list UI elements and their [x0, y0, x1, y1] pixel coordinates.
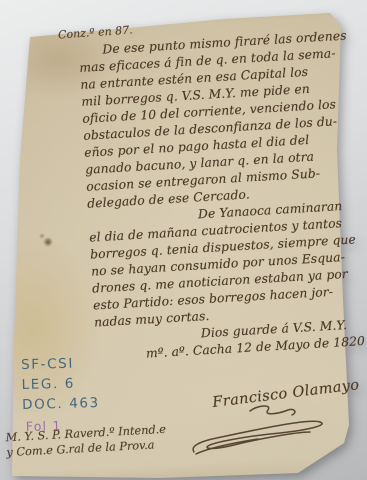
letter-body: De ese punto mismo firaré las ordenes ma… [78, 28, 362, 366]
signature-rubric-flourish [188, 402, 338, 460]
manuscript-paper: Conz.º en 87. De ese punto mismo firaré … [0, 0, 367, 480]
archival-code: DOC. 463 [22, 395, 100, 417]
photo-of-manuscript: Conz.º en 87. De ese punto mismo firaré … [0, 0, 367, 480]
archival-code: SF-CSI [21, 355, 99, 377]
archival-code: LEG. 6 [21, 375, 99, 397]
